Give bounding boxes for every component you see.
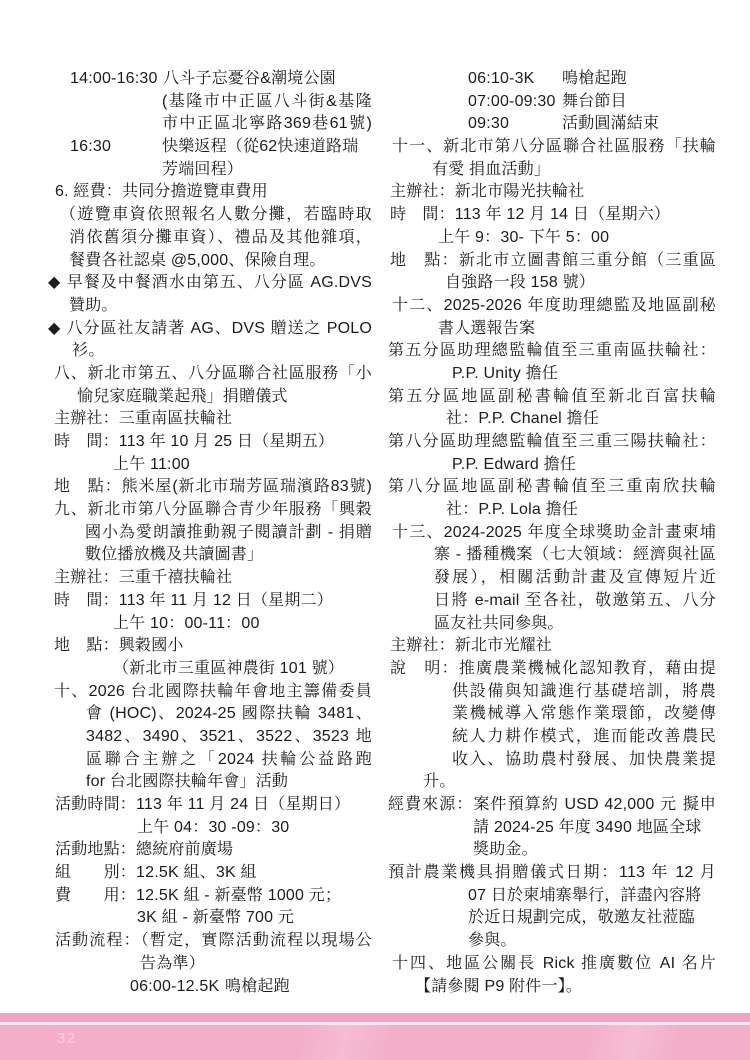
text-line: ◆ 八分區社友請著 AG、DVS 贈送之 POLO (48, 318, 372, 341)
text-line: 十一、新北市第八分區聯合社區服務「扶輪 (388, 136, 716, 159)
text-line: 組 別：12.5K 組、3K 組 (48, 862, 372, 885)
text-line: 主辦社：三重南區扶輪社 (48, 408, 372, 431)
text-line: 區友社共同參與。 (388, 613, 716, 636)
text-line: 地 點：熊米屋(新北市瑞芳區瑞濱路83號) (48, 476, 372, 499)
text-segment: 14:00-16:30 (70, 68, 158, 91)
text-line: (基隆市中正區八斗街&基隆 (48, 91, 372, 114)
footer-wave-band (0, 1025, 750, 1060)
text-line: 於近日規劃完成，敬邀友社蒞臨 (388, 907, 716, 930)
right-column: 06:10-3K鳴槍起跑07:00-09:30舞台節目09:30活動圓滿結束十一… (388, 68, 716, 998)
text-line: （遊覽車資依照報名人數分攤，若臨時取 (48, 204, 372, 227)
text-line: 06:00-12.5K鳴槍起跑 (48, 976, 372, 999)
text-line: 愉兒家庭職業起飛」捐贈儀式 (48, 386, 372, 409)
text-line: 有愛 捐血活動」 (388, 159, 716, 182)
text-line: 區聯合主辦之「2024 扶輪公益路跑 Run (48, 749, 372, 772)
text-segment: 06:00-12.5K (130, 976, 219, 999)
text-line: 請 2024-25 年度 3490 地區全球 (388, 817, 716, 840)
text-segment: 活動圓滿結束 (562, 113, 659, 136)
text-line: 餐費各社認桌 @5,000、保險自理。 (48, 250, 372, 273)
page-number: 32 (57, 1030, 77, 1047)
text-segment: 07:00-09:30 (468, 91, 556, 114)
text-line: 6. 經費：共同分擔遊覽車費用 (48, 181, 372, 204)
text-line: 十、2026 台北國際扶輪年會地主籌備委員 (48, 681, 372, 704)
text-line: 芳端回程） (48, 159, 372, 182)
text-line: for 台北國際扶輪年會」活動 (48, 771, 372, 794)
text-line: 07:00-09:30舞台節目 (388, 91, 716, 114)
text-line: 第五分區助理總監輪值至三重南區扶輪社： (388, 340, 716, 363)
footer-top-strip (0, 1013, 750, 1022)
page-footer: 32 (0, 1013, 750, 1060)
text-line: 告為準） (48, 953, 372, 976)
text-line: 收入、協助農村發展、加快農業提 (388, 749, 716, 772)
text-line: 八、新北市第五、八分區聯合社區服務「小 (48, 363, 372, 386)
text-line: 上午 04：30 -09：30 (48, 817, 372, 840)
text-line: 十三、2024-2025 年度全球獎助金計畫柬埔 (388, 522, 716, 545)
text-segment: 八斗子忘憂谷&潮境公園 (163, 68, 336, 91)
text-line: 日將 e-mail 至各社，敬邀第五、八分 (388, 590, 716, 613)
text-line: 主辦社：三重千禧扶輪社 (48, 567, 372, 590)
text-line: 統人力耕作模式，進而能改善農民 (388, 726, 716, 749)
text-line: 3K 組 - 新臺幣 700 元 (48, 907, 372, 930)
text-line: 書人選報告案 (388, 318, 716, 341)
text-line: 供設備與知識進行基礎培訓，將農 (388, 681, 716, 704)
document-page: 14:00-16:30八斗子忘憂谷&潮境公園(基隆市中正區八斗街&基隆市中正區北… (0, 0, 750, 1060)
text-line: 十二、2025-2026 年度助理總監及地區副秘 (388, 295, 716, 318)
text-segment: 鳴槍起跑 (562, 68, 627, 91)
text-line: 九、新北市第八分區聯合青少年服務「興穀 (48, 499, 372, 522)
text-segment: 快樂返程（從62快速道路瑞 (162, 136, 358, 159)
text-line: 時 間：113 年 10 月 25 日（星期五） (48, 431, 372, 454)
page-content: 14:00-16:30八斗子忘憂谷&潮境公園(基隆市中正區八斗街&基隆市中正區北… (48, 68, 716, 998)
text-line: 14:00-16:30八斗子忘憂谷&潮境公園 (48, 68, 372, 91)
text-line: 07 日於柬埔寨舉行，詳盡內容將 (388, 885, 716, 908)
text-line: 贊助。 (48, 295, 372, 318)
text-line: 第八分區地區副秘書輪值至三重南欣扶輪 (388, 476, 716, 499)
text-line: 預計農業機具捐贈儀式日期：113 年 12 月 (388, 862, 716, 885)
text-line: 消依舊須分攤車資）、禮品及其他雜項， (48, 227, 372, 250)
text-line: 國小為愛朗讀推動親子閱讀計劃 - 捐贈 (48, 522, 372, 545)
text-line: 16:30快樂返程（從62快速道路瑞 (48, 136, 372, 159)
text-line: P.P. Unity 擔任 (388, 363, 716, 386)
text-line: 活動地點：總統府前廣場 (48, 839, 372, 862)
text-line: 主辦社：新北市光耀社 (388, 635, 716, 658)
text-line: 十四、地區公關長 Rick 推廣數位 AI 名片 (388, 953, 716, 976)
text-line: （新北市三重區神農街 101 號） (48, 658, 372, 681)
text-line: 獎助金。 (388, 839, 716, 862)
text-line: 升。 (388, 771, 716, 794)
text-line: 09:30活動圓滿結束 (388, 113, 716, 136)
text-line: 自強路一段 158 號） (388, 272, 716, 295)
text-line: 3482、3490、3521、3522、3523 地 (48, 726, 372, 749)
text-line: 時 間：113 年 12 月 14 日（星期六） (388, 204, 716, 227)
text-line: 活動流程：（暫定，實際活動流程以現場公 (48, 930, 372, 953)
text-segment: 舞台節目 (562, 91, 627, 114)
left-column: 14:00-16:30八斗子忘憂谷&潮境公園(基隆市中正區八斗街&基隆市中正區北… (48, 68, 372, 998)
text-line: 上午 10：00-11：00 (48, 613, 372, 636)
text-line: 社：P.P. Chanel 擔任 (388, 408, 716, 431)
text-line: 寨 - 播種機案（七大領域：經濟與社區 (388, 544, 716, 567)
text-line: 06:10-3K鳴槍起跑 (388, 68, 716, 91)
text-line: 主辦社：新北市陽光扶輪社 (388, 181, 716, 204)
text-line: 上午 9：30- 下午 5：00 (388, 227, 716, 250)
text-line: 業機械導入常態作業環節，改變傳 (388, 703, 716, 726)
text-line: 數位播放機及共讀圖書」 (48, 544, 372, 567)
text-line: 說 明：推廣農業機械化認知教育，藉由提 (388, 658, 716, 681)
text-line: 活動時間：113 年 11 月 24 日（星期日） (48, 794, 372, 817)
text-segment: 09:30 (468, 113, 509, 136)
text-line: 發展），相關活動計畫及宣傳短片近 (388, 567, 716, 590)
text-line: 會 (HOC)、2024-25 國際扶輪 3481、 (48, 703, 372, 726)
text-line: 社：P.P. Lola 擔任 (388, 499, 716, 522)
text-line: 參與。 (388, 930, 716, 953)
text-segment: 鳴槍起跑 (225, 976, 290, 999)
text-segment: 06:10-3K (468, 68, 535, 91)
text-line: 【請參閱 P9 附件一】。 (388, 976, 716, 999)
text-line: 第八分區助理總監輪值至三重三陽扶輪社： (388, 431, 716, 454)
text-line: P.P. Edward 擔任 (388, 454, 716, 477)
text-line: 市中正區北寧路369巷61號) (48, 113, 372, 136)
text-line: 地 點：興穀國小 (48, 635, 372, 658)
text-line: ◆ 早餐及中餐酒水由第五、八分區 AG.DVS (48, 272, 372, 295)
text-line: 上午 11:00 (48, 454, 372, 477)
text-line: 費 用：12.5K 組 - 新臺幣 1000 元； (48, 885, 372, 908)
text-line: 第五分區地區副秘書輪值至新北百富扶輪 (388, 386, 716, 409)
text-line: 時 間：113 年 11 月 12 日（星期二） (48, 590, 372, 613)
text-line: 衫。 (48, 340, 372, 363)
text-line: 地 點：新北市立圖書館三重分館（三重區 (388, 250, 716, 273)
text-line: 經費來源：案件預算約 USD 42,000 元 擬申 (388, 794, 716, 817)
text-segment: 16:30 (70, 136, 111, 159)
